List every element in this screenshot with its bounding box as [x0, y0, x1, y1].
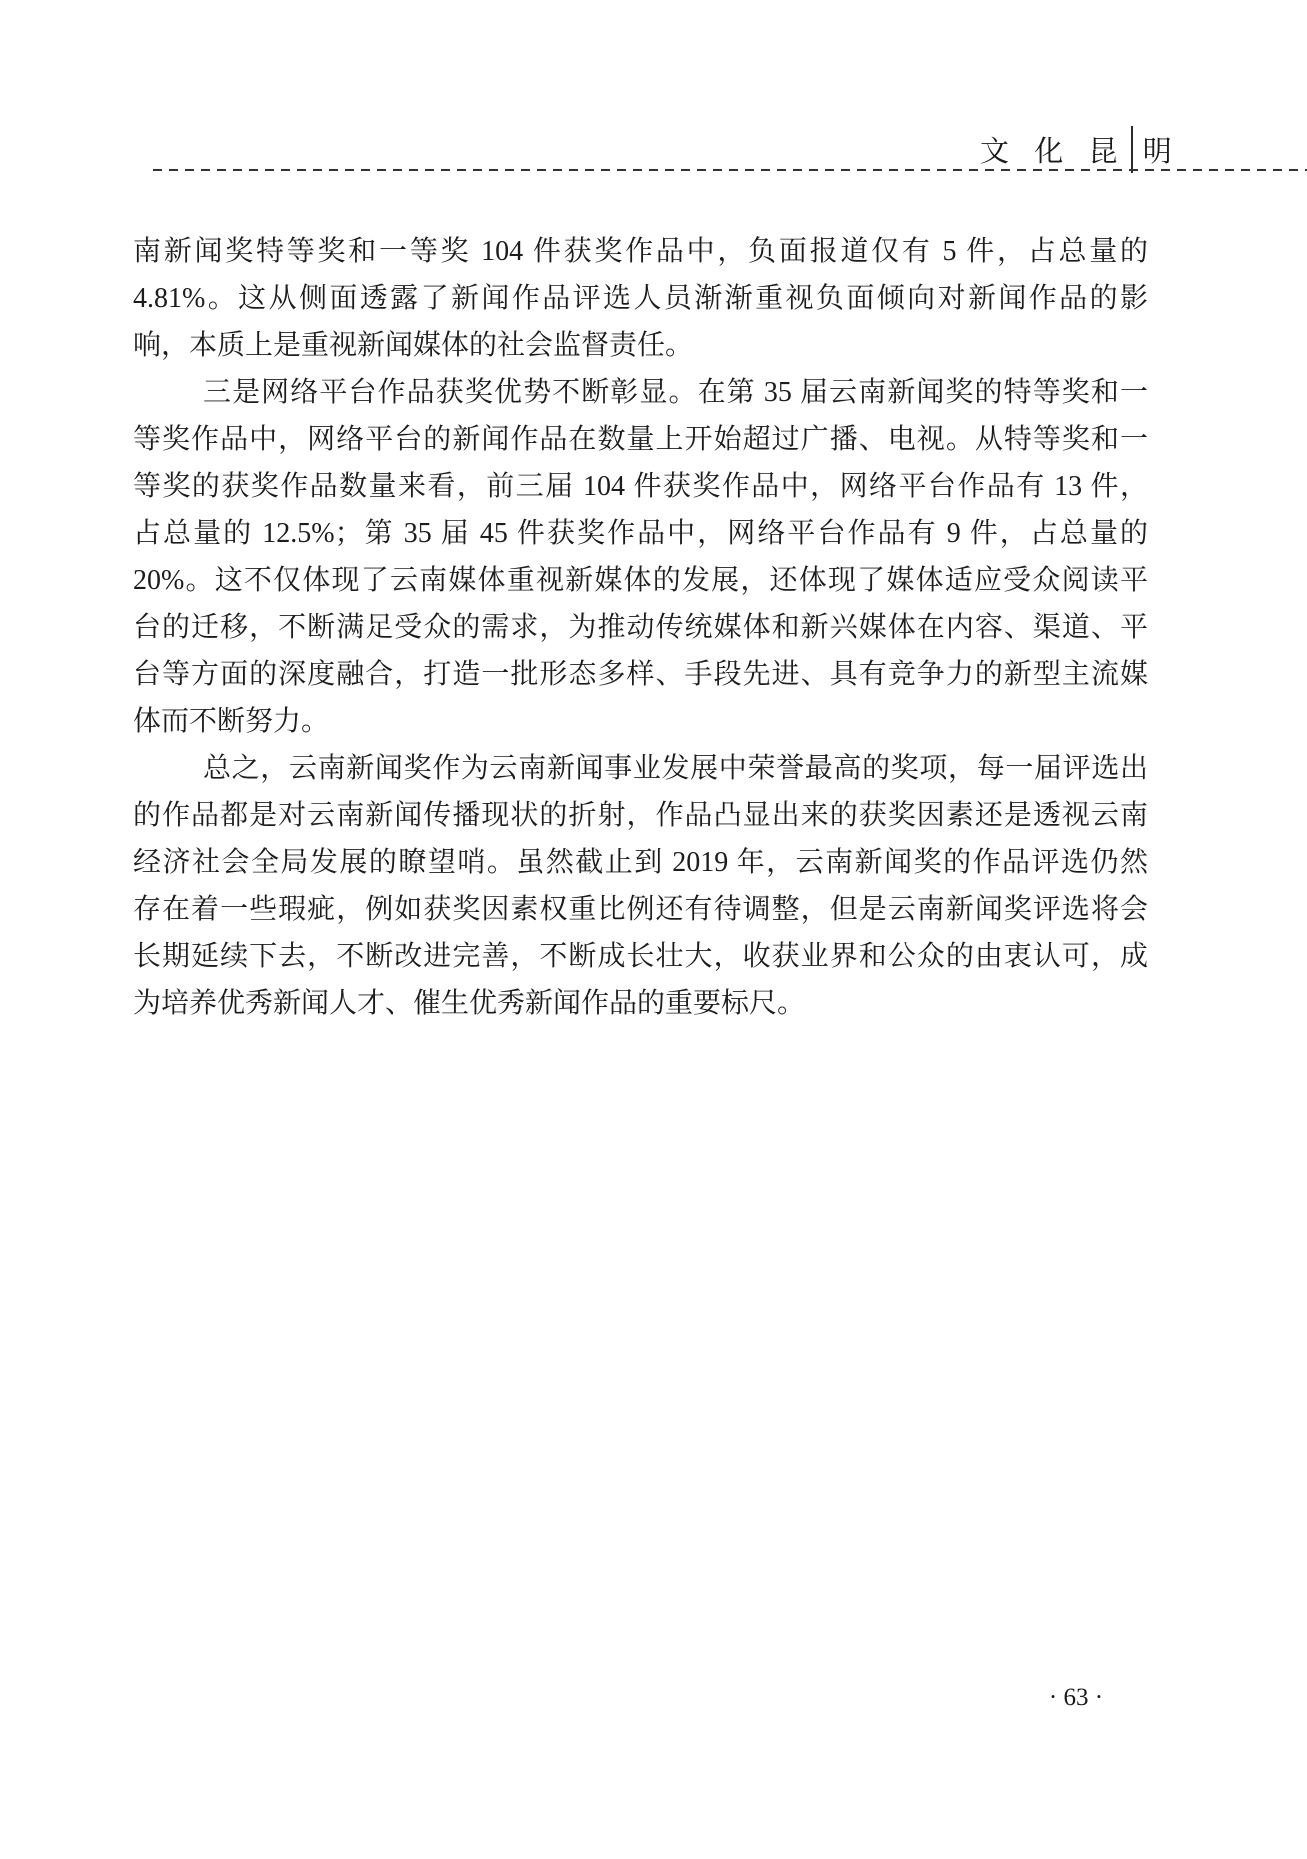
header-dashed-rule [153, 169, 1307, 171]
text-line: 台等方面的深度融合，打造一批形态多样、手段先进、具有竞争力的新型主流媒 [133, 651, 1148, 698]
text-line: 等奖作品中，网络平台的新闻作品在数量上开始超过广播、电视。从特等奖和一 [133, 416, 1148, 463]
page-number: · 63 · [996, 1684, 1156, 1712]
text-line: 存在着一些瑕疵，例如获奖因素权重比例还有待调整，但是云南新闻奖评选将会 [133, 886, 1148, 933]
body-text-block: 南新闻奖特等奖和一等奖 104 件获奖作品中，负面报道仅有 5 件，占总量的 4… [133, 228, 1148, 1027]
text-line: 20%。这不仅体现了云南媒体重视新媒体的发展，还体现了媒体适应受众阅读平 [133, 557, 1148, 604]
paragraph: 三是网络平台作品获奖优势不断彰显。在第 35 届云南新闻奖的特等奖和一 等奖作品… [133, 369, 1148, 745]
paragraph: 南新闻奖特等奖和一等奖 104 件获奖作品中，负面报道仅有 5 件，占总量的 4… [133, 228, 1148, 369]
text-line: 为培养优秀新闻人才、催生优秀新闻作品的重要标尺。 [133, 980, 1148, 1027]
text-line: 等奖的获奖作品数量来看，前三届 104 件获奖作品中，网络平台作品有 13 件， [133, 463, 1148, 510]
text-line: 长期延续下去，不断改进完善，不断成长壮大，收获业界和公众的由衷认可，成 [133, 933, 1148, 980]
text-line: 经济社会全局发展的瞭望哨。虽然截止到 2019 年，云南新闻奖的作品评选仍然 [133, 839, 1148, 886]
text-line: 4.81%。这从侧面透露了新闻作品评选人员渐渐重视负面倾向对新闻作品的影 [133, 275, 1148, 322]
text-line: 总之，云南新闻奖作为云南新闻事业发展中荣誉最高的奖项，每一届评选出 [133, 745, 1148, 792]
text-line: 的作品都是对云南新闻传播现状的折射，作品凸显出来的获奖因素还是透视云南 [133, 792, 1148, 839]
header-vertical-rule [1131, 126, 1133, 173]
paragraph: 总之，云南新闻奖作为云南新闻事业发展中荣誉最高的奖项，每一届评选出 的作品都是对… [133, 745, 1148, 1027]
text-line: 响，本质上是重视新闻媒体的社会监督责任。 [133, 322, 1148, 369]
document-page: 文 化 昆 明 南新闻奖特等奖和一等奖 104 件获奖作品中，负面报道仅有 5 … [0, 0, 1307, 1859]
text-line: 占总量的 12.5%；第 35 届 45 件获奖作品中，网络平台作品有 9 件，… [133, 510, 1148, 557]
text-line: 三是网络平台作品获奖优势不断彰显。在第 35 届云南新闻奖的特等奖和一 [133, 369, 1148, 416]
text-line: 体而不断努力。 [133, 698, 1148, 745]
text-line: 南新闻奖特等奖和一等奖 104 件获奖作品中，负面报道仅有 5 件，占总量的 [133, 228, 1148, 275]
running-header-title: 文 化 昆 明 [980, 129, 1181, 170]
text-line: 台的迁移，不断满足受众的需求，为推动传统媒体和新兴媒体在内容、渠道、平 [133, 604, 1148, 651]
